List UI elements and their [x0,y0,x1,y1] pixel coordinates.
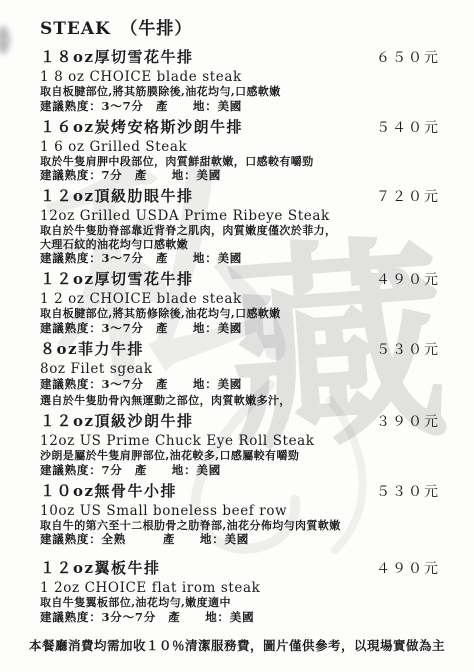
item-line-zh: 取於牛隻肩胛中段部位，肉質鮮甜軟嫩，口感較有嚼勁 [40,155,454,169]
item-line-meta: 建議熟度：3～7分 產 地：美國 [40,377,454,391]
footer-note: 本餐廳消費均需加收１０％清潔服務費，圖片僅供參考，以現場實做為主 [0,636,474,654]
item-line-meta: 建議熟度：3～7分 產 地：美國 [40,99,454,113]
item-line-en: 1 6 oz Grilled Steak [40,139,454,155]
item-line-meta: 建議熟度：3～7分 產 地：美國 [40,321,454,335]
item-lines: 1 8 oz CHOICE blade steak取自板腱部位,將其筋膜除後,油… [40,69,454,113]
menu-page: { "page": { "title": "STEAK （牛排）", "wate… [0,0,474,672]
item-name: １０oz無骨牛小排 [40,480,177,501]
item-line-zh: 取自於牛隻肋脊部靠近背脊之肌肉，肉質嫩度僅次於菲力， [40,224,454,238]
item-price: ６５０元 [376,47,454,67]
item-head: １８oz厚切雪花牛排 ６５０元 [40,46,454,67]
item-line-meta: 建議熟度：3分～7分 產 地：美國 [40,610,454,624]
item-head: １２oz頂級肋眼牛排 ７２０元 [40,185,454,206]
item-lines: 1 2 oz CHOICE blade steak取自板腱部位,將其筋修除後,油… [40,291,454,335]
menu-item: １２oz翼板牛排 ４９０元 1 2oz CHOICE flat irom ste… [40,557,454,624]
item-line-meta: 建議熟度：7分 產 地：美國 [40,168,454,182]
item-head: ８oz菲力牛排 ５３０元 [40,338,454,359]
item-name: １６oz炭烤安格斯沙朗牛排 [40,116,243,137]
menu-item: １２oz頂級沙朗牛排 ３９０元 12oz US Prime Chuck Eye … [40,410,454,477]
page-title: STEAK （牛排） [40,14,454,39]
menu-content: STEAK （牛排） １８oz厚切雪花牛排 ６５０元 1 8 oz CHOICE… [0,0,474,624]
item-line-zh: 選自於牛隻肋骨內無運動之部位，肉質軟嫩多汁， [40,394,454,408]
item-name: １８oz厚切雪花牛排 [40,46,194,67]
item-price: ５３０元 [376,481,454,501]
item-head: １６oz炭烤安格斯沙朗牛排 ５４０元 [40,116,454,137]
item-line-zh: 大理石紋的油花均勻口感軟嫩 [40,238,454,252]
item-price: ４９０元 [376,269,454,289]
item-line-en: 12oz US Prime Chuck Eye Roll Steak [40,433,454,449]
item-line-en: 1 2oz CHOICE flat irom steak [40,580,454,596]
item-head: １２oz翼板牛排 ４９０元 [40,557,454,578]
item-name: １２oz厚切雪花牛排 [40,268,194,289]
menu-list: １８oz厚切雪花牛排 ６５０元 1 8 oz CHOICE blade stea… [40,46,454,624]
item-price: ７２０元 [376,186,454,206]
item-name: １２oz頂級肋眼牛排 [40,185,194,206]
menu-item: １０oz無骨牛小排 ５３０元 10oz US Small boneless be… [40,480,454,547]
menu-item: ８oz菲力牛排 ５３０元 8oz Filet sgeak建議熟度：3～7分 產 … [40,338,454,408]
item-line-zh: 取自板腱部位,將其筋修除後,油花均勻,口感軟嫩 [40,307,454,321]
item-line-zh: 沙朗是屬於牛隻肩胛部位,油花較多,口感屬較有嚼勁 [40,449,454,463]
item-price: ４９０元 [376,558,454,578]
item-line-zh: 取自板腱部位,將其筋膜除後,油花均勻,口感軟嫩 [40,85,454,99]
item-line-meta: 建議熟度：7分 產 地：美國 [40,463,454,477]
item-head: １２oz厚切雪花牛排 ４９０元 [40,268,454,289]
item-line-zh: 取自牛隻翼板部位,油花均勻,嫩度適中 [40,596,454,610]
item-lines: 10oz US Small boneless beef row取自牛的第六至十二… [40,503,454,547]
menu-item: １２oz頂級肋眼牛排 ７２０元 12oz Grilled USDA Prime … [40,185,454,265]
item-line-en: 12oz Grilled USDA Prime Ribeye Steak [40,208,454,224]
item-price: ３９０元 [376,411,454,431]
item-line-en: 1 8 oz CHOICE blade steak [40,69,454,85]
menu-item: １８oz厚切雪花牛排 ６５０元 1 8 oz CHOICE blade stea… [40,46,454,113]
item-line-en: 1 2 oz CHOICE blade steak [40,291,454,307]
item-line-meta: 建議熟度：3～7分 產 地：美國 [40,251,454,265]
item-lines: 8oz Filet sgeak建議熟度：3～7分 產 地：美國選自於牛隻肋骨內無… [40,361,454,408]
item-lines: 1 6 oz Grilled Steak取於牛隻肩胛中段部位，肉質鮮甜軟嫩，口感… [40,139,454,183]
item-lines: 12oz US Prime Chuck Eye Roll Steak沙朗是屬於牛… [40,433,454,477]
menu-item: １６oz炭烤安格斯沙朗牛排 ５４０元 1 6 oz Grilled Steak取… [40,116,454,183]
item-price: ５３０元 [376,339,454,359]
menu-item: １２oz厚切雪花牛排 ４９０元 1 2 oz CHOICE blade stea… [40,268,454,335]
item-lines: 12oz Grilled USDA Prime Ribeye Steak取自於牛… [40,208,454,265]
item-price: ５４０元 [376,117,454,137]
item-line-en: 10oz US Small boneless beef row [40,503,454,519]
item-name: １２oz翼板牛排 [40,557,161,578]
item-name: ８oz菲力牛排 [40,338,144,359]
item-lines: 1 2oz CHOICE flat irom steak取自牛隻翼板部位,油花均… [40,580,454,624]
item-name: １２oz頂級沙朗牛排 [40,410,194,431]
item-line-meta: 建議熟度：全熟 產 地：美國 [40,532,454,546]
item-line-zh: 取自牛的第六至十二根肋骨之肋脊部,油花分佈均勻肉質軟嫩 [40,519,454,533]
item-head: １０oz無骨牛小排 ５３０元 [40,480,454,501]
item-line-en: 8oz Filet sgeak [40,361,454,377]
item-head: １２oz頂級沙朗牛排 ３９０元 [40,410,454,431]
